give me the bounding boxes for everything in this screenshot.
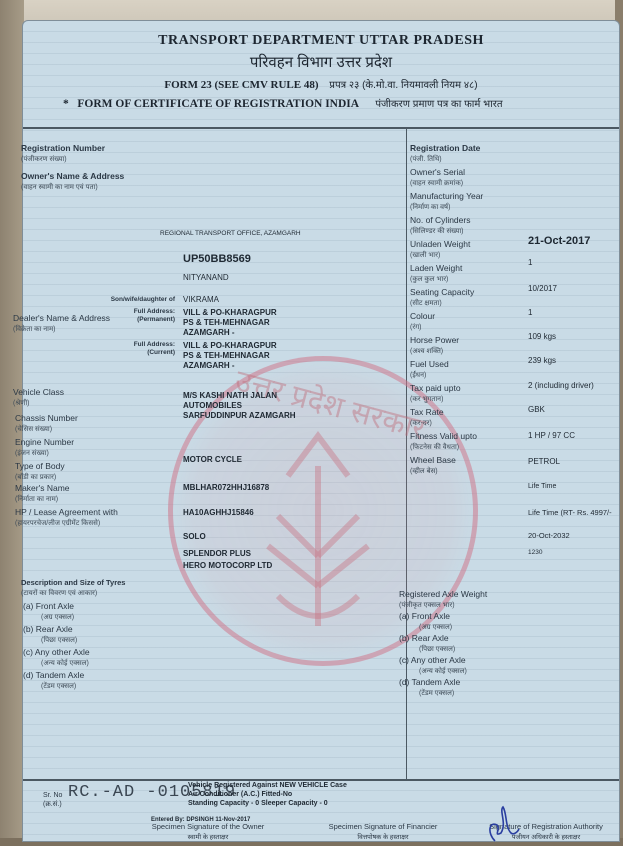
label-vehicle-class: Vehicle Class(श्रेणी) <box>13 387 64 409</box>
label-tax-paid-upto: Tax paid upto(कर भुगतान) <box>410 383 461 405</box>
axle-weight-section: Registered Axle Weight (पंजीकृत एक्सल भा… <box>399 589 487 611</box>
body-type-value: MOTOR CYCLE <box>183 455 242 465</box>
form-number-hindi: प्रपत्र २३ (के.मो.वा. नियमावली नियम ४८) <box>329 80 477 91</box>
label-engine-number: Engine Number(इंजन संख्या) <box>15 437 74 459</box>
label-dealer: Dealer's Name & Address(विक्रेता का नाम) <box>13 313 110 335</box>
current-address-line3: AZAMGARH - <box>183 361 235 371</box>
footer-note-1: Vehicle Registered Against NEW VEHICLE C… <box>188 781 347 790</box>
divider <box>23 127 619 129</box>
footer-note-2: Air Conditioner (A.C.) Fitted-No <box>188 790 292 799</box>
label-fitness-valid-upto: Fitness Valid upto(फिटनेस की वैधता) <box>410 431 477 453</box>
rto-office: REGIONAL TRANSPORT OFFICE, AZAMGARH <box>160 229 301 239</box>
manufacturing-year-value: 10/2017 <box>528 284 557 294</box>
registration-date-value: 21-Oct-2017 <box>528 236 590 246</box>
label-wheel-base: Wheel Base(व्हील बेस) <box>410 455 456 477</box>
label-tax-rate: Tax Rate(कर-दर) <box>410 407 444 429</box>
registration-certificate: TRANSPORT DEPARTMENT UTTAR PRADESH परिवह… <box>22 20 620 842</box>
label-chassis-number: Chassis Number(चेसिस संख्या) <box>15 413 78 435</box>
tyre-rear-axle: (b) Rear Axle(पिछा एक्सल) <box>23 624 77 646</box>
department-title: TRANSPORT DEPARTMENT UTTAR PRADESH <box>23 33 619 49</box>
wall-background <box>0 0 623 22</box>
form-number-en: FORM 23 (SEE CMV RULE 48) <box>164 79 318 91</box>
registration-number-value: UP50BB8569 <box>183 254 251 264</box>
maker-value: HERO MOTOCORP LTD <box>183 561 272 571</box>
label-unladen-weight: Unladen Weight(खाली भार) <box>410 239 470 261</box>
label-laden-weight: Laden Weight(कुल कुल भार) <box>410 263 462 285</box>
current-address-line2: PS & TEH-MEHNAGAR <box>183 351 270 361</box>
dealer-line2: AUTOMOBILES <box>183 401 242 411</box>
dealer-line1: M/S KASHI NATH JALAN <box>183 391 277 401</box>
certificate-title-hindi: पंजीकरण प्रमाण पत्र का फार्म भारत <box>375 99 502 110</box>
asterisk-mark: * <box>63 98 75 110</box>
permanent-address-label: Full Address: (Permanent) <box>123 308 175 324</box>
form-number: FORM 23 (SEE CMV RULE 48) प्रपत्र २३ (के… <box>23 77 619 91</box>
axle-rear: (b) Rear Axle(पिछा एक्सल) <box>399 633 455 655</box>
fitness-valid-upto-value: 20-Oct-2032 <box>528 531 570 541</box>
tax-paid-upto-value: Life Time <box>528 482 556 492</box>
model-value: SPLENDOR PLUS <box>183 549 251 559</box>
label-owner-serial: Owner's Serial(वाहन स्वामी क्रमांक) <box>410 167 465 189</box>
tax-rate-value: Life Time (RT- Rs. 4997/- <box>528 508 612 518</box>
fuel-value: PETROL <box>528 457 560 467</box>
authority-signature-icon <box>483 803 523 843</box>
laden-weight-value: 239 kgs <box>528 356 556 366</box>
label-cylinders: No. of Cylinders(सिलिण्डर की संख्या) <box>410 215 470 237</box>
owner-name-value: NITYANAND <box>183 273 229 283</box>
label-manufacturing-year: Manufacturing Year(निर्माण का वर्ष) <box>410 191 483 213</box>
body-value: SOLO <box>183 532 206 542</box>
horse-power-value: 1 HP / 97 CC <box>528 431 575 441</box>
tyres-section: Description and Size of Tyres (टायरों का… <box>21 577 125 599</box>
label-registration-number: Registration Number(पंजीकरण संख्या) <box>21 143 105 165</box>
cylinders-value: 1 <box>528 308 532 318</box>
engine-number-value: HA10AGHHJ15846 <box>183 508 254 518</box>
certificate-title-en: FORM OF CERTIFICATE OF REGISTRATION INDI… <box>77 98 358 110</box>
label-makers-name: Maker's Name(निर्माता का नाम) <box>15 483 70 505</box>
chassis-number-value: MBLHAR072HHJ16878 <box>183 483 269 493</box>
label-registration-date: Registration Date(पंजी. तिथि) <box>410 143 480 165</box>
department-title-hindi: परिवहन विभाग उत्तर प्रदेश <box>23 52 619 72</box>
current-address-line1: VILL & PO-KHARAGPUR <box>183 341 277 351</box>
axle-tandem: (d) Tandem Axle(टेंडम एक्सल) <box>399 677 460 699</box>
serial-number-label: Sr. No(क्र.सं.) <box>43 791 62 809</box>
relation-label: Son/wife/daughter of <box>83 296 175 304</box>
footer-note-3: Standing Capacity - 0 Sleeper Capacity -… <box>188 799 328 808</box>
tyre-tandem-axle: (d) Tandem Axle(टेंडम एक्सल) <box>23 670 84 692</box>
dealer-line3: SARFUDDINPUR AZAMGARH <box>183 411 296 421</box>
colour-value: GBK <box>528 405 545 415</box>
certificate-header: TRANSPORT DEPARTMENT UTTAR PRADESH परिवह… <box>23 21 619 129</box>
permanent-address-line2: PS & TEH-MEHNAGAR <box>183 318 270 328</box>
label-horse-power: Horse Power(अश्व शक्ति) <box>410 335 459 357</box>
tyre-other-axle: (c) Any other Axle(अन्य कोई एक्सल) <box>23 647 90 669</box>
certificate-title: * FORM OF CERTIFICATE OF REGISTRATION IN… <box>63 96 503 110</box>
permanent-address-line3: AZAMGARH - <box>183 328 235 338</box>
axle-other: (c) Any other Axle(अन्य कोई एक्सल) <box>399 655 467 677</box>
owner-serial-value: 1 <box>528 258 532 268</box>
label-colour: Colour(रंग) <box>410 311 435 333</box>
label-type-of-body: Type of Body(बॉडी का प्रकार) <box>15 461 65 483</box>
unladen-weight-value: 109 kgs <box>528 332 556 342</box>
financier-signature-label: Specimen Signature of Financierवित्तपोषक… <box>313 822 453 843</box>
current-address-label: Full Address: (Current) <box>123 341 175 357</box>
label-owner-name-address: Owner's Name & Address(वाहन स्वामी का ना… <box>21 171 124 193</box>
label-fuel-used: Fuel Used(ईंधन) <box>410 359 449 381</box>
permanent-address-line1: VILL & PO-KHARAGPUR <box>183 308 277 318</box>
owner-signature-label: Specimen Signature of the Ownerस्वामी के… <box>138 822 278 843</box>
axle-front: (a) Front Axle(अग्र एक्सल) <box>399 611 452 633</box>
relation-name-value: VIKRAMA <box>183 295 219 305</box>
seating-capacity-value: 2 (including driver) <box>528 381 594 391</box>
wheel-base-value: 1230 <box>528 548 542 558</box>
label-hp-lease: HP / Lease Agreement with(हायरपरचेज/लीज … <box>15 507 118 529</box>
label-seating-capacity: Seating Capacity(सीट क्षमता) <box>410 287 474 309</box>
tyre-front-axle: (a) Front Axle(अग्र एक्सल) <box>23 601 74 623</box>
